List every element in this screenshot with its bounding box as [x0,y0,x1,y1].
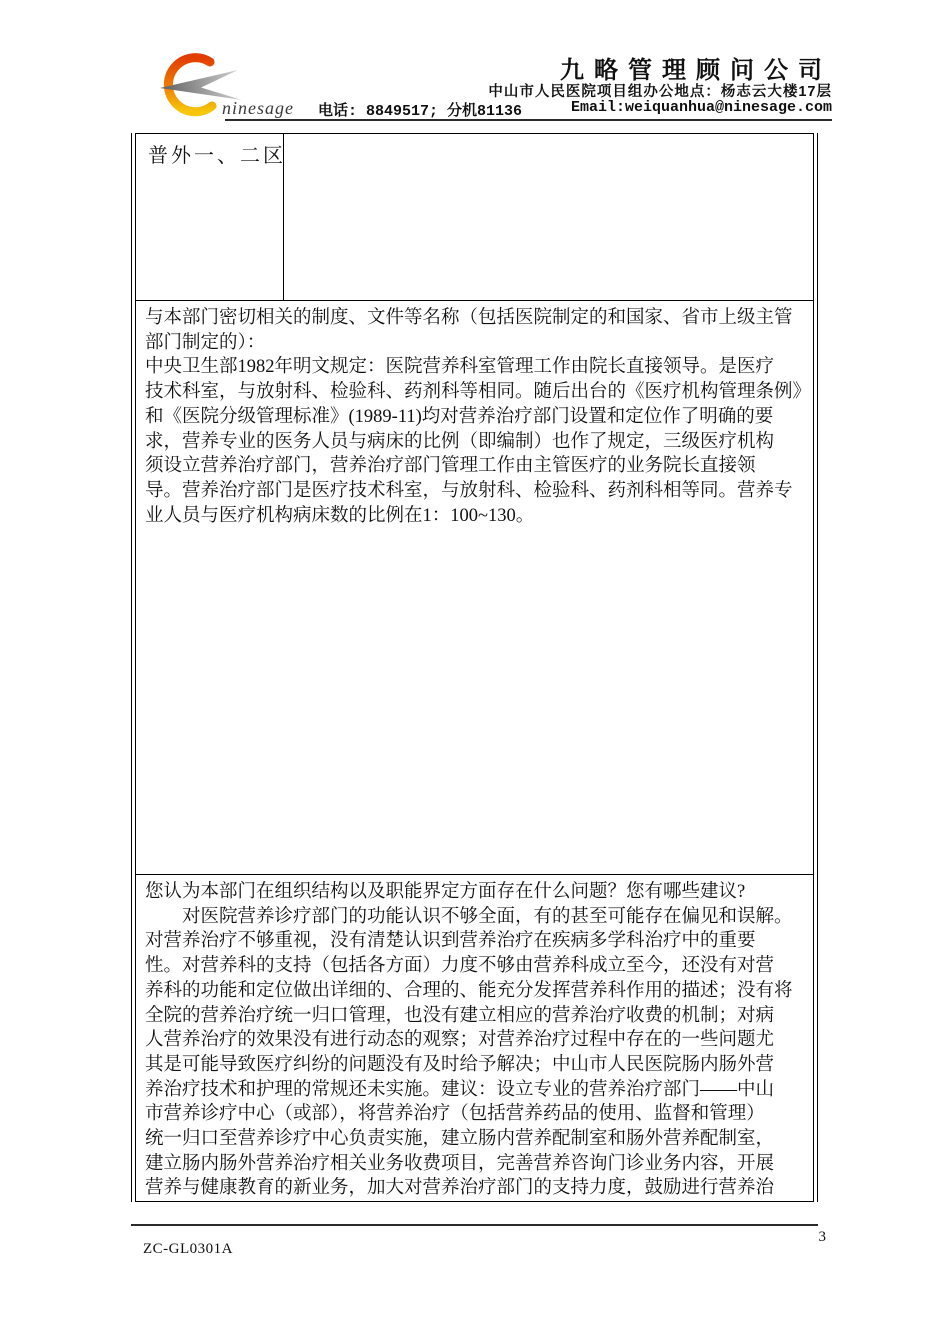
page-number: 3 [790,1229,826,1246]
document-page: ninesage 九略管理顾问公司 中山市人民医院项目组办公地点：杨志云大楼17… [0,0,950,1344]
document-code: ZC-GL0301A [143,1241,233,1258]
text-line: 建立肠内肠外营养治疗相关业务收费项目，完善营养咨询门诊业务内容，开展 [145,1152,805,1177]
text-line: 与本部门密切相关的制度、文件等名称（包括医院制定的和国家、省市上级主管 [145,306,805,331]
text-line: 养治疗技术和护理的常规还未实施。建议：设立专业的营养治疗部门——中山 [145,1078,805,1103]
related-documents-section: 与本部门密切相关的制度、文件等名称（包括医院制定的和国家、省市上级主管部门制定的… [136,300,813,874]
text-line: 部门制定的）： [145,331,805,356]
text-line: 须设立营养治疗部门，营养治疗部门管理工作由主管医疗的业务院长直接领 [145,454,805,479]
text-line: 统一归口至营养诊疗中心负责实施，建立肠内营养配制室和肠外营养配制室， [145,1127,805,1152]
text-line: 对营养治疗不够重视，没有清楚认识到营养治疗在疾病多学科治疗中的重要 [145,929,805,954]
suggestions-section: 您认为本部门在组织结构以及职能界定方面存在什么问题？您有哪些建议? 对医院营养诊… [136,874,813,1201]
text-line: 其是可能导致医疗纠纷的问题没有及时给予解决；中山市人民医院肠内肠外营 [145,1053,805,1078]
text-line: 中央卫生部1982年明文规定：医院营养科室管理工作由院长直接领导。是医疗 [145,355,805,380]
logo-wordmark: ninesage [222,98,294,118]
office-location: 中山市人民医院项目组办公地点：杨志云大楼17层 [272,80,832,101]
text-line: 全院的营养治疗统一归口管理，也没有建立相应的营养治疗收费的机制；对病 [145,1004,805,1029]
text-line: 对医院营养诊疗部门的功能认识不够全面，有的甚至可能存在偏见和误解。 [145,905,805,930]
footer-divider-rule [131,1224,818,1226]
text-line: 您认为本部门在组织结构以及职能界定方面存在什么问题？您有哪些建议? [145,880,805,905]
text-line: 人营养治疗的效果没有进行动态的观察；对营养治疗过程中存在的一些问题尤 [145,1028,805,1053]
form-table: 普外一、二区 与本部门密切相关的制度、文件等名称（包括医院制定的和国家、省市上级… [131,133,818,1202]
text-line: 导。营养治疗部门是医疗技术科室，与放射科、检验科、药剂科相等同。营养专 [145,479,805,504]
email-line: Email:weiquanhua@ninesage.com [571,99,832,116]
department-label-cell: 普外一、二区 [136,134,284,300]
text-line: 营养与健康教育的新业务，加大对营养治疗部门的支持力度，鼓励进行营养治 [145,1176,805,1201]
text-line: 技术科室，与放射科、检验科、药剂科等相同。随后出台的《医疗机构管理条例》 [145,380,805,405]
header-divider-rule [225,119,832,121]
table-row: 普外一、二区 [136,134,813,300]
text-line: 性。对营养科的支持（包括各方面）力度不够由营养科成立至今，还没有对营 [145,954,805,979]
text-line: 业人员与医疗机构病床数的比例在1：100~130。 [145,504,805,529]
text-line: 和《医院分级管理标准》(1989-11)均对营养治疗部门设置和定位作了明确的要 [145,405,805,430]
form-table-inner: 普外一、二区 与本部门密切相关的制度、文件等名称（包括医院制定的和国家、省市上级… [135,133,814,1202]
department-value-cell [284,134,813,300]
text-line: 养科的功能和定位做出详细的、合理的、能充分发挥营养科作用的描述；没有将 [145,979,805,1004]
phone-line: 电话: 8849517; 分机81136 [318,99,522,120]
text-line: 市营养诊疗中心（或部），将营养治疗（包括营养药品的使用、监督和管理） [145,1102,805,1127]
text-line: 求，营养专业的医务人员与病床的比例（即编制）也作了规定，三级医疗机构 [145,430,805,455]
